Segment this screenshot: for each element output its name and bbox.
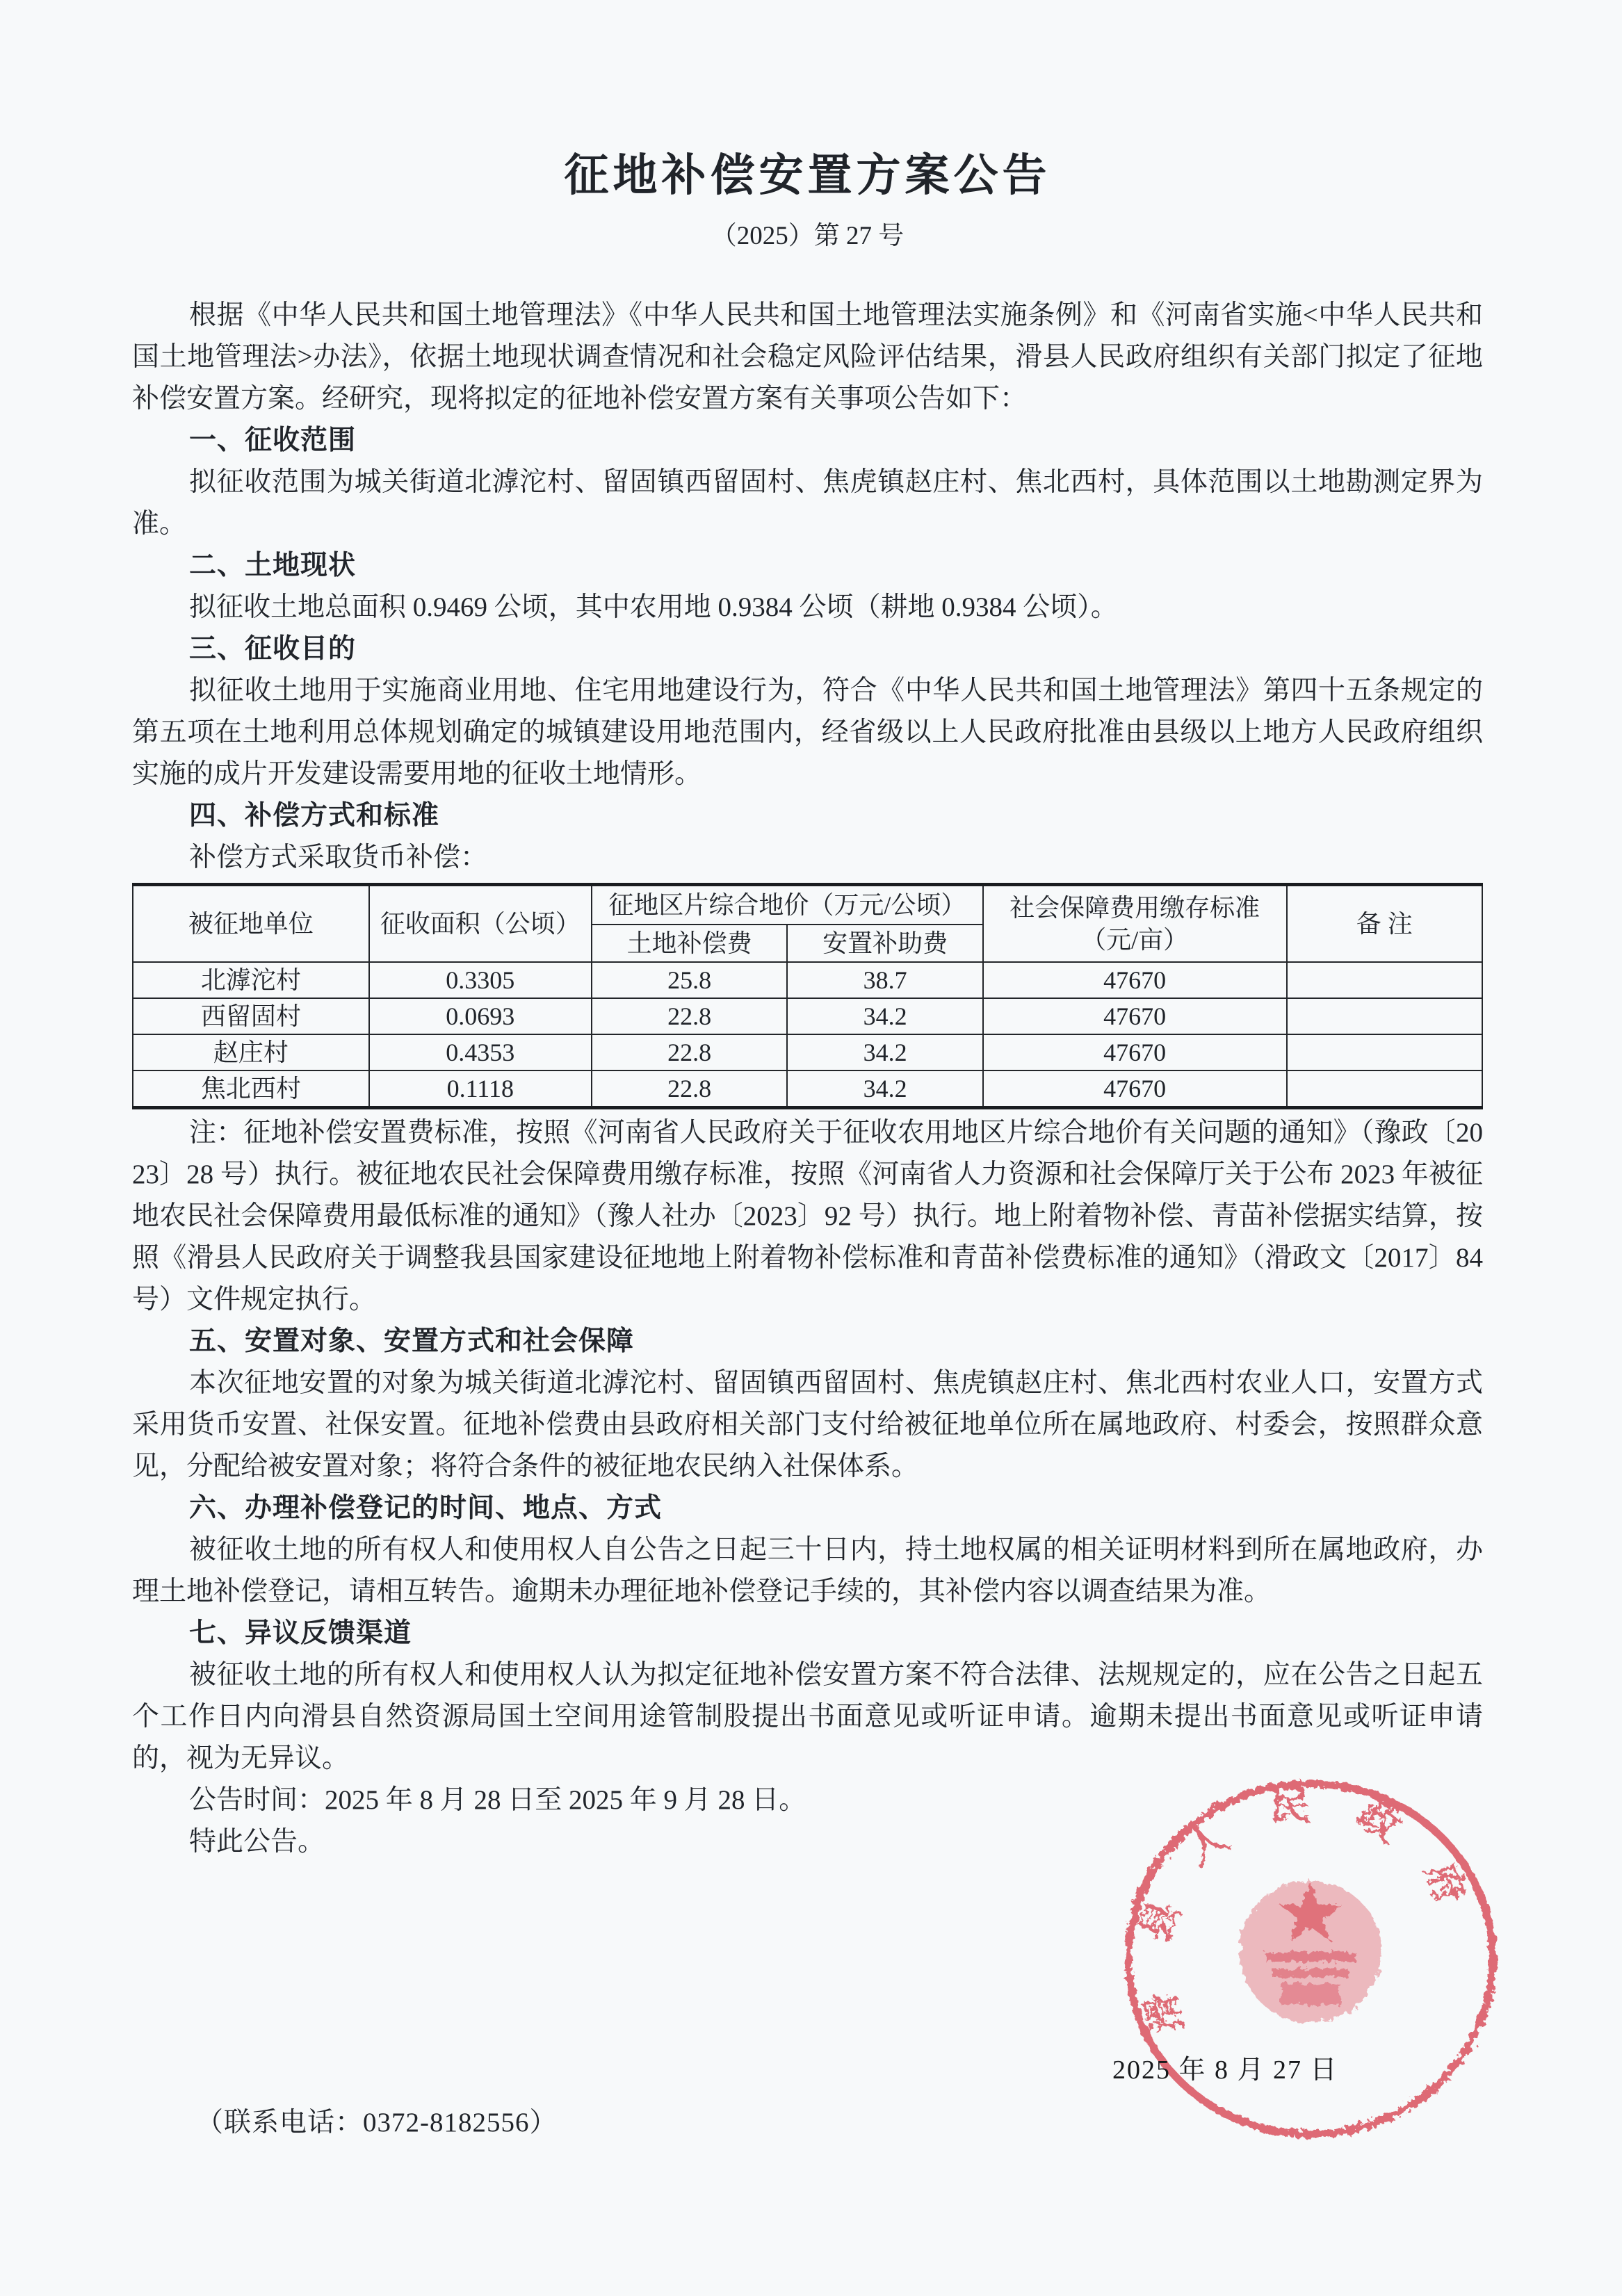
- section-6-heading: 六、办理补偿登记的时间、地点、方式: [132, 1488, 1483, 1529]
- cell-social: 47670: [983, 1034, 1287, 1070]
- cell-land: 22.8: [592, 1034, 787, 1070]
- section-1-paragraph: 拟征收范围为城关街道北滹沱村、留固镇西留固村、焦虎镇赵庄村、焦北西村，具体范围以…: [132, 462, 1483, 545]
- section-7-heading: 七、异议反馈渠道: [132, 1613, 1483, 1654]
- cell-unit: 焦北西村: [133, 1070, 369, 1108]
- compensation-table: 被征地单位 征收面积（公顷） 征地区片综合地价（万元/公顷） 社会保障费用缴存标…: [132, 883, 1483, 1109]
- section-4-lead: 补偿方式采取货币补偿：: [132, 837, 1483, 879]
- cell-remark: [1287, 962, 1482, 998]
- cell-social: 47670: [983, 998, 1287, 1034]
- col-header-unit: 被征地单位: [133, 885, 369, 963]
- seal-icon: 滑县人民政府: [1111, 1766, 1511, 2155]
- col-header-resettle: 安置补助费: [787, 925, 982, 962]
- table-row: 赵庄村 0.4353 22.8 34.2 47670: [133, 1034, 1482, 1070]
- cell-unit: 西留固村: [133, 998, 369, 1034]
- cell-area: 0.0693: [369, 998, 592, 1034]
- table-row: 北滹沱村 0.3305 25.8 38.7 47670: [133, 962, 1482, 998]
- cell-unit: 赵庄村: [133, 1034, 369, 1070]
- section-4-heading: 四、补偿方式和标准: [132, 795, 1483, 837]
- section-2-paragraph: 拟征收土地总面积 0.9469 公顷，其中农用地 0.9384 公顷（耕地 0.…: [132, 587, 1483, 628]
- announcement-page: 征地补偿安置方案公告 （2025）第 27 号 根据《中华人民共和国土地管理法》…: [0, 0, 1622, 2296]
- cell-remark: [1287, 998, 1482, 1034]
- section-5-heading: 五、安置对象、安置方式和社会保障: [132, 1321, 1483, 1362]
- table-row: 焦北西村 0.1118 22.8 34.2 47670: [133, 1070, 1482, 1108]
- cell-resettle: 34.2: [787, 1034, 982, 1070]
- cell-resettle: 34.2: [787, 998, 982, 1034]
- section-3-heading: 三、征收目的: [132, 628, 1483, 670]
- cell-land: 22.8: [592, 1070, 787, 1108]
- document-body: 征地补偿安置方案公告 （2025）第 27 号 根据《中华人民共和国土地管理法》…: [132, 0, 1483, 1863]
- contact-phone: （联系电话：0372-8182556）: [196, 2101, 558, 2140]
- col-header-social-line2: （元/亩）: [988, 924, 1282, 956]
- seal-date: 2025 年 8 月 27 日: [1112, 2048, 1338, 2086]
- col-header-social-line1: 社会保障费用缴存标准: [988, 892, 1282, 924]
- cell-land: 22.8: [592, 998, 787, 1034]
- cell-area: 0.1118: [369, 1070, 592, 1108]
- section-5-paragraph: 本次征地安置的对象为城关街道北滹沱村、留固镇西留固村、焦虎镇赵庄村、焦北西村农业…: [132, 1362, 1483, 1488]
- cell-area: 0.4353: [369, 1034, 592, 1070]
- cell-resettle: 38.7: [787, 962, 982, 998]
- page-title: 征地补偿安置方案公告: [132, 146, 1483, 206]
- cell-unit: 北滹沱村: [133, 962, 369, 998]
- section-6-paragraph: 被征收土地的所有权人和使用权人自公告之日起三十日内，持土地权属的相关证明材料到所…: [132, 1529, 1483, 1613]
- section-7-paragraph: 被征收土地的所有权人和使用权人认为拟定征地补偿安置方案不符合法律、法规规定的，应…: [132, 1654, 1483, 1780]
- col-header-price-group: 征地区片综合地价（万元/公顷）: [592, 885, 983, 925]
- document-text: 根据《中华人民共和国土地管理法》《中华人民共和国土地管理法实施条例》和《河南省实…: [132, 295, 1483, 1863]
- section-3-paragraph: 拟征收土地用于实施商业用地、住宅用地建设行为，符合《中华人民共和国土地管理法》第…: [132, 670, 1483, 795]
- table-row: 西留固村 0.0693 22.8 34.2 47670: [133, 998, 1482, 1034]
- section-2-heading: 二、土地现状: [132, 545, 1483, 587]
- cell-resettle: 34.2: [787, 1070, 982, 1108]
- cell-social: 47670: [983, 962, 1287, 998]
- national-emblem-icon: [1240, 1881, 1381, 2023]
- government-seal: 滑县人民政府: [1111, 1766, 1511, 2155]
- cell-land: 25.8: [592, 962, 787, 998]
- table-note-paragraph: 注：征地补偿安置费标准，按照《河南省人民政府关于征收农用地区片综合地价有关问题的…: [132, 1112, 1483, 1321]
- cell-remark: [1287, 1070, 1482, 1108]
- intro-paragraph: 根据《中华人民共和国土地管理法》《中华人民共和国土地管理法实施条例》和《河南省实…: [132, 295, 1483, 420]
- col-header-area: 征收面积（公顷）: [369, 885, 592, 963]
- cell-area: 0.3305: [369, 962, 592, 998]
- document-number: （2025）第 27 号: [132, 217, 1483, 256]
- section-1-heading: 一、征收范围: [132, 420, 1483, 462]
- cell-social: 47670: [983, 1070, 1287, 1108]
- cell-remark: [1287, 1034, 1482, 1070]
- col-header-remark: 备 注: [1287, 885, 1482, 963]
- col-header-land-comp: 土地补偿费: [592, 925, 787, 962]
- col-header-social: 社会保障费用缴存标准 （元/亩）: [983, 885, 1287, 963]
